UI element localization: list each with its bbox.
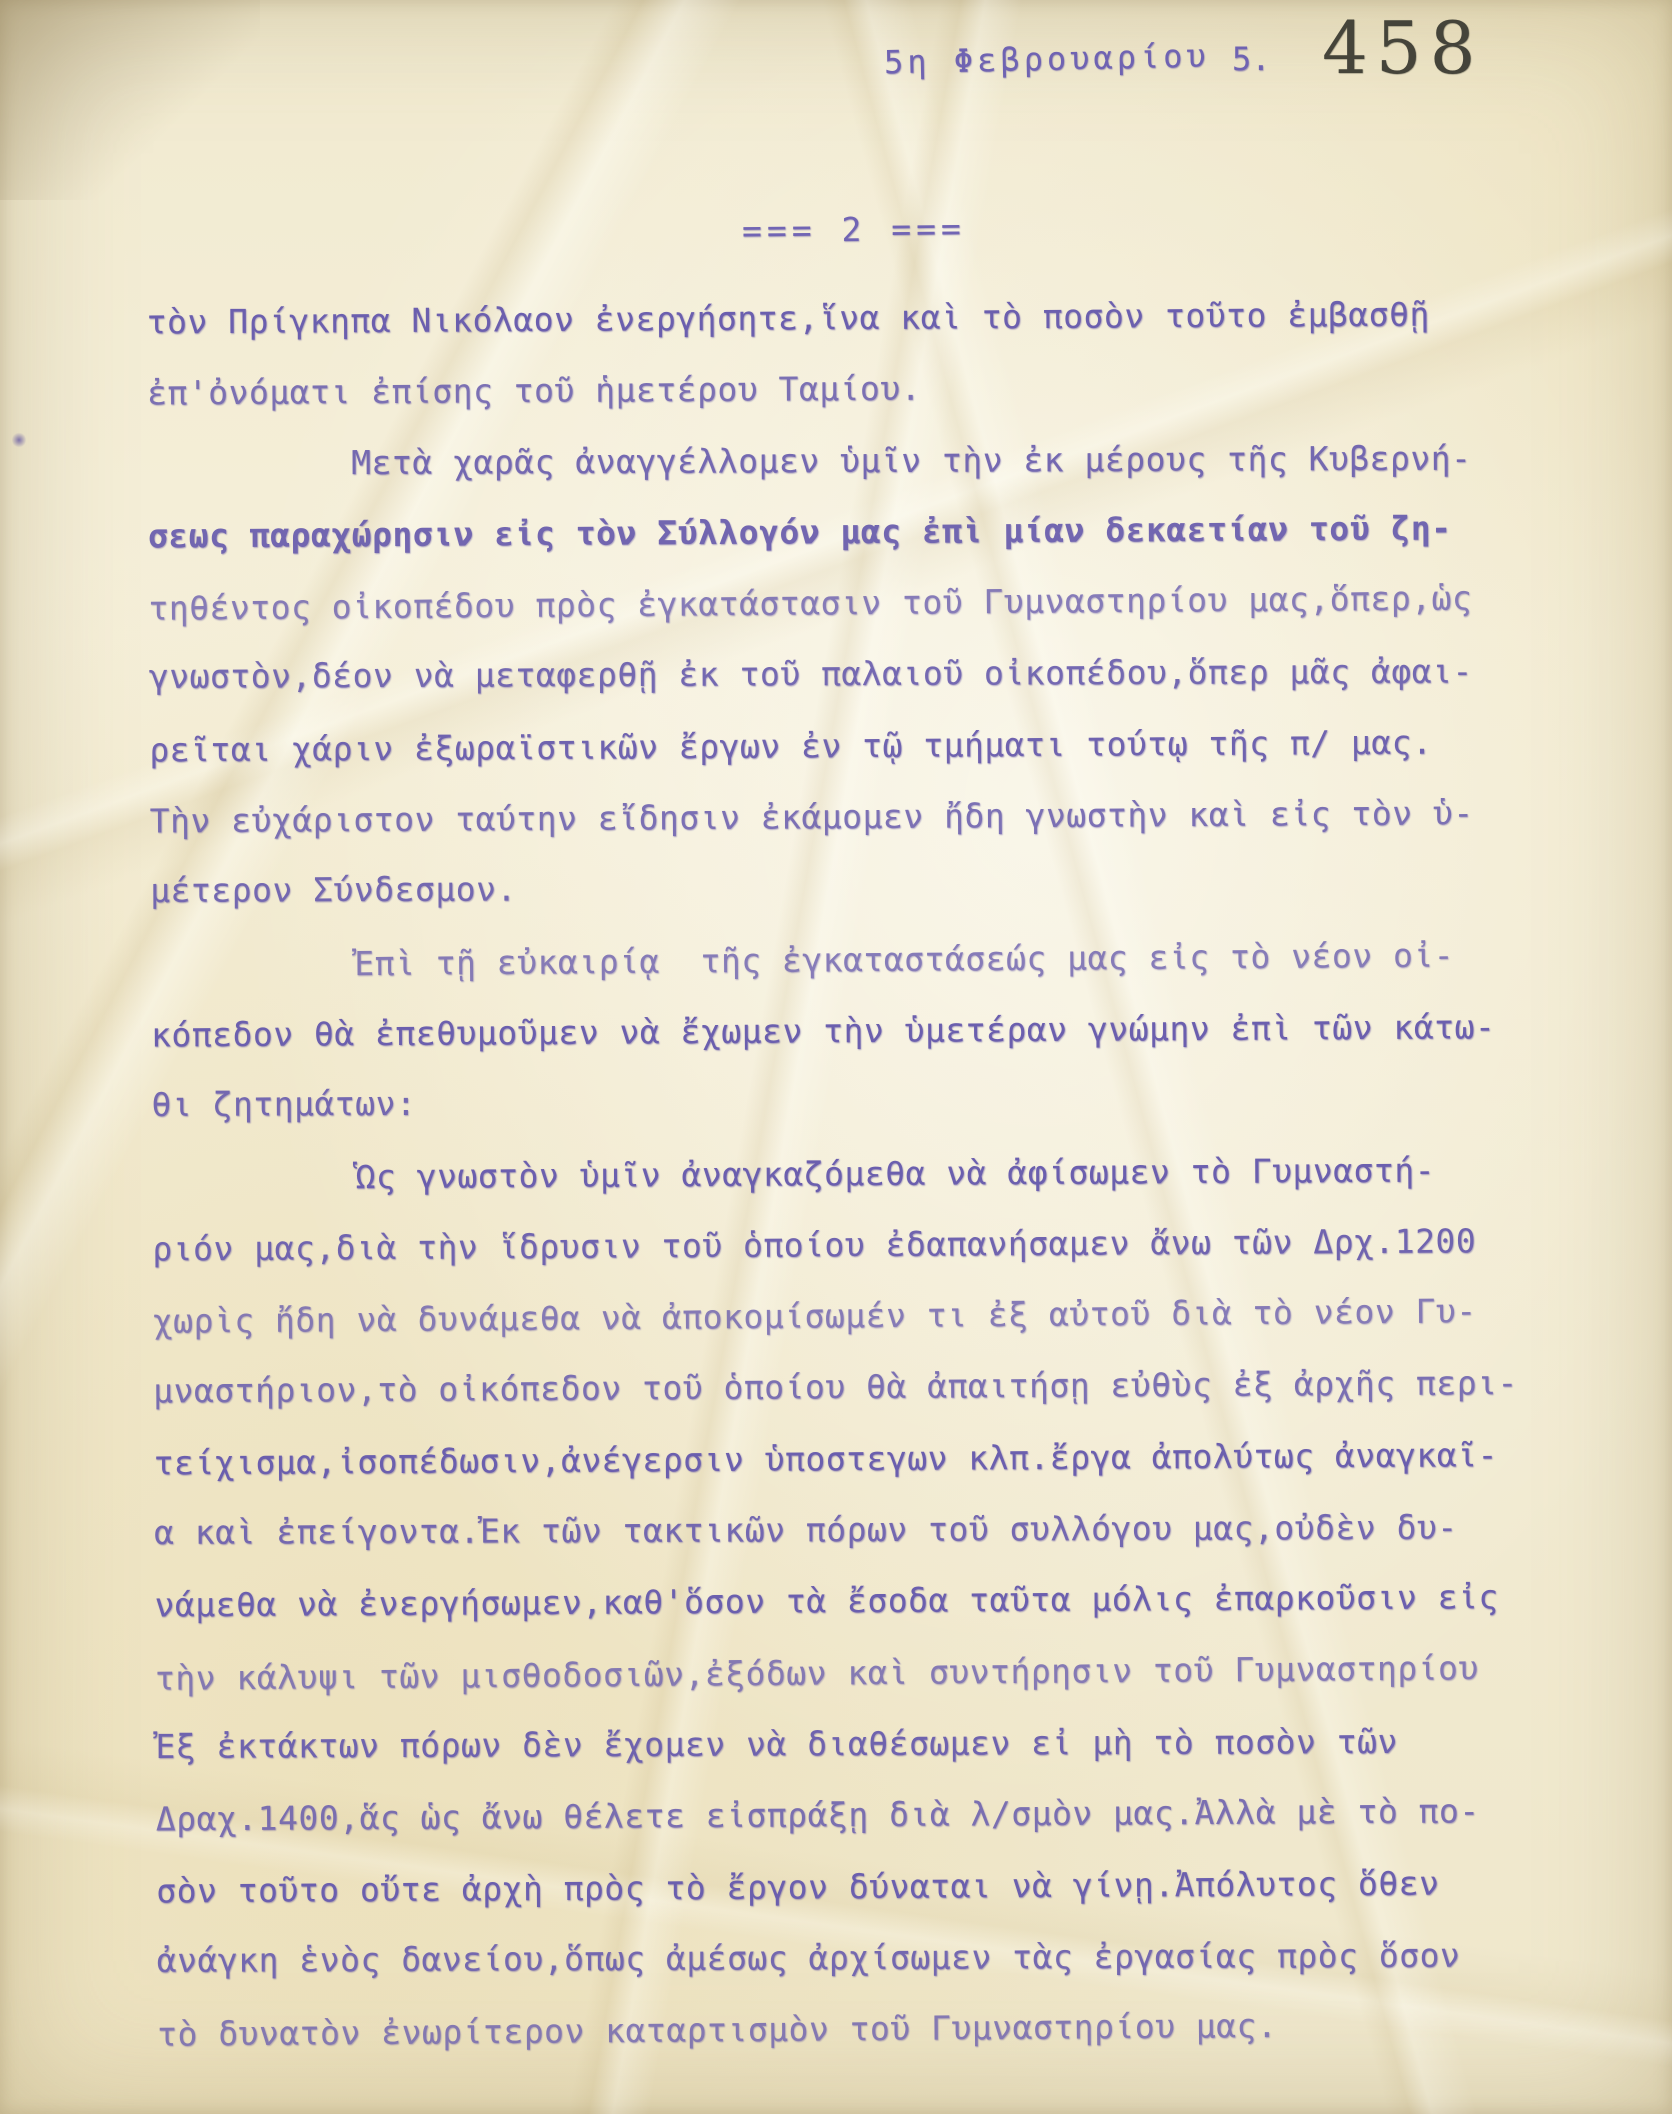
typed-line: ἀνάγκη ἑνὸς δανείου,ὅπως ἀμέσως ἀρχίσωμε… — [157, 1935, 1627, 2012]
typed-line: σὸν τοῦτο οὔτε ἀρχὴ πρὸς τὸ ἔργον δύνατα… — [156, 1862, 1626, 1942]
folio-number: 458 — [1322, 6, 1483, 90]
typed-line: νάμεθα νὰ ἐνεργήσωμεν,καθ'ὅσον τὰ ἔσοδα … — [154, 1577, 1624, 1657]
typed-line: ἐπ'ὀνόματι ἐπίσης τοῦ ἡμετέρου Ταμίου. — [147, 365, 1617, 445]
letter-body: τὸν Πρίγκηπα Νικόλαον ἐνεργήσητε,ἵνα καὶ… — [147, 294, 1628, 2085]
typed-line: Τὴν εὐχάριστον ταύτην εἴδησιν ἐκάμομεν ἤ… — [150, 793, 1620, 873]
typed-line: Μετὰ χαρᾶς ἀναγγέλλομεν ὑμῖν τὴν ἐκ μέρο… — [148, 438, 1618, 515]
typed-line: κόπεδον θὰ ἐπεθυμοῦμεν νὰ ἔχωμεν τὴν ὑμε… — [151, 1006, 1621, 1086]
typed-line: χωρὶς ἤδη νὰ δυνάμεθα νὰ ἀποκομίσωμέν τι… — [153, 1290, 1624, 1373]
typed-line: μέτερον Σύνδεσμον. — [150, 865, 1620, 942]
page-number-marker: === 2 === — [742, 209, 966, 250]
typed-line: γνωστὸν,δέον νὰ μεταφερθῇ ἐκ τοῦ παλαιοῦ… — [149, 652, 1619, 729]
header-date: 5η Φεβρουαρίου — [884, 37, 1210, 82]
typed-line: Ὡς γνωστὸν ὑμῖν ἀναγκαζόμεθα νὰ ἀφίσωμεν… — [152, 1149, 1622, 1229]
paper-corner-shadow — [0, 0, 260, 200]
typed-line: μναστήριον,τὸ οἰκόπεδον τοῦ ὁποίου θὰ ἀπ… — [153, 1363, 1623, 1443]
typed-line: τείχισμα,ἰσοπέδωσιν,ἀνέγερσιν ὑποστεγων … — [154, 1434, 1624, 1514]
typed-line: ρεῖται χάριν ἐξωραϊστικῶν ἔργων ἐν τῷ τμ… — [149, 721, 1619, 801]
typed-line: Δραχ.1400,ἅς ὡς ἄνω θέλετε εἰσπράξῃ διὰ … — [156, 1791, 1626, 1871]
typed-line: τηθέντος οἰκοπέδου πρὸς ἐγκατάστασιν τοῦ… — [148, 577, 1619, 660]
scanned-letter-page: 5η Φεβρουαρίου 5. 458 === 2 === τὸν Πρίγ… — [0, 0, 1672, 2114]
header-number: 5. — [1232, 40, 1271, 78]
typed-line: θι ζητημάτων: — [151, 1079, 1621, 1156]
typed-line: τὸν Πρίγκηπα Νικόλαον ἐνεργήσητε,ἵνα καὶ… — [147, 294, 1617, 374]
typed-line: Ἐπὶ τῇ εὐκαιρίᾳ τῆς ἐγκαταστάσεώς μας εἰ… — [150, 934, 1621, 1017]
typed-line: σεως παραχώρησιν εἰς τὸν Σύλλογόν μας ἐπ… — [148, 507, 1618, 587]
typed-line: τὸ δυνατὸν ἐνωρίτερον καταρτισμὸν τοῦ Γυ… — [157, 2003, 1628, 2086]
typed-line: α καὶ ἐπείγοντα.Ἐκ τῶν τακτικῶν πόρων το… — [154, 1507, 1624, 1584]
ink-speck — [12, 432, 26, 448]
typed-line: Ἐξ ἐκτάκτων πόρων δὲν ἔχομεν νὰ διαθέσωμ… — [155, 1721, 1625, 1798]
typed-line: τὴν κάλυψι τῶν μισθοδοσιῶν,ἐξόδων καὶ συ… — [155, 1647, 1626, 1730]
typed-line: ριόν μας,διὰ τὴν ἵδρυσιν τοῦ ὁποίου ἐδαπ… — [152, 1220, 1622, 1300]
